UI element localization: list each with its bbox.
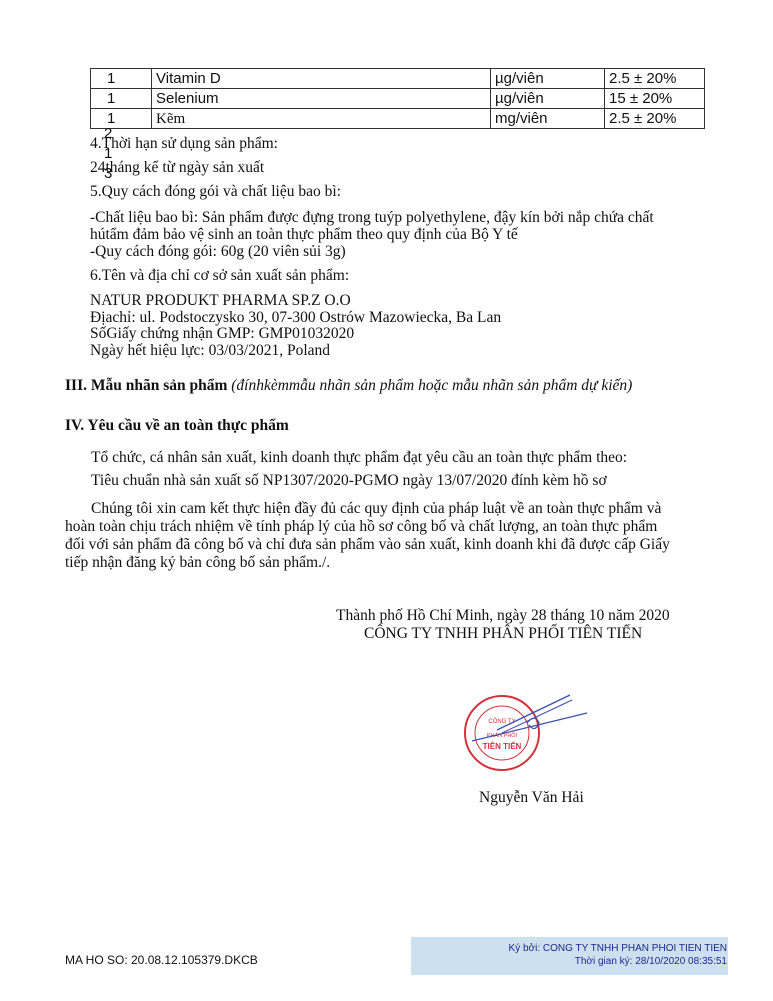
nutrient-name: Vitamin D (152, 69, 491, 89)
row-number: 1 (91, 109, 152, 129)
svg-text:TIÊN TIẾN: TIÊN TIẾN (483, 741, 522, 751)
section5-title: 5.Quy cách đóng gói và chất liệu bao bì: (90, 183, 341, 201)
packaging-material-line2: hútẩm đảm bảo vệ sinh an toàn thực phẩm … (90, 226, 518, 244)
signing-company: CÔNG TY TNHH PHÂN PHỐI TIÊN TIẾN (364, 625, 642, 643)
nutrient-value: 2.5 ± 20% (605, 69, 705, 89)
nutrient-value: 15 ± 20% (605, 89, 705, 109)
table-row: 1 Selenium µg/viên 15 ± 20% (91, 89, 705, 109)
place-date: Thành phố Hồ Chí Minh, ngày 28 tháng 10 … (336, 607, 670, 625)
safety-requirement-line1: Tổ chức, cá nhân sản xuất, kinh doanh th… (91, 449, 627, 467)
gmp-expiry: Ngày hết hiệu lực: 03/03/2021, Poland (90, 342, 330, 360)
commitment-line3: đối với sản phẩm đã công bố và chỉ đưa s… (65, 536, 670, 554)
nutrient-table: 1 Vitamin D µg/viên 2.5 ± 20% 1 Selenium… (90, 68, 705, 129)
nutrient-unit: mg/viên (491, 109, 605, 129)
nutrient-unit: µg/viên (491, 69, 605, 89)
part4-title: IV. Yêu cầu về an toàn thực phẩm (65, 417, 289, 435)
signer-name: Nguyễn Văn Hải (479, 789, 584, 807)
section4-value: 24tháng kể từ ngày sản xuất (90, 159, 264, 177)
nutrient-name: Kẽm (152, 109, 491, 129)
part3-note: (đínhkèmmẫu nhãn sản phẩm hoặc mẫu nhãn … (231, 377, 632, 394)
commitment-line1: Chúng tôi xin cam kết thực hiện đầy đủ c… (91, 500, 661, 518)
part3-heading: III. Mẫu nhãn sản phẩm (đínhkèmmẫu nhãn … (65, 377, 632, 395)
table-row: 1 Vitamin D µg/viên 2.5 ± 20% (91, 69, 705, 89)
signed-by: Ký bởi: CONG TY TNHH PHAN PHOI TIEN TIEN (411, 937, 728, 955)
nutrient-unit: µg/viên (491, 89, 605, 109)
stamp-seal-icon: CÔNG TY PHÂN PHỐI TIÊN TIẾN (462, 675, 602, 795)
section6-title: 6.Tên và địa chỉ cơ sở sản xuất sản phẩm… (90, 267, 349, 285)
gmp-number: SốGiấy chứng nhận GMP: GMP01032020 (90, 325, 354, 343)
signed-time: Thời gian ký: 28/10/2020 08:35:51 (411, 955, 728, 968)
row-number: 1 (91, 69, 152, 89)
file-code: MA HO SO: 20.08.12.105379.DKCB (65, 953, 258, 967)
table-row: 1 Kẽm mg/viên 2.5 ± 20% (91, 109, 705, 129)
digital-signature-box: Ký bởi: CONG TY TNHH PHAN PHOI TIEN TIEN… (411, 937, 728, 975)
packaging-material-line1: -Chất liệu bao bì: Sản phẩm được đựng tr… (90, 209, 654, 227)
row-number: 1 (91, 89, 152, 109)
safety-standard-line: Tiêu chuẩn nhà sản xuất số NP1307/2020-P… (91, 472, 607, 490)
part3-title: III. Mẫu nhãn sản phẩm (65, 377, 227, 394)
manufacturer-name: NATUR PRODUKT PHARMA SP.Z O.O (90, 292, 351, 310)
svg-text:CÔNG TY: CÔNG TY (488, 718, 515, 725)
commitment-line4: tiếp nhận đăng ký bản công bố sản phẩm./… (65, 554, 330, 572)
nutrient-name: Selenium (152, 89, 491, 109)
packing-spec: -Quy cách đóng gói: 60g (20 viên sủi 3g) (90, 243, 346, 261)
section4-title: 4.Thời hạn sử dụng sản phẩm: (90, 135, 278, 153)
company-stamp: CÔNG TY PHÂN PHỐI TIÊN TIẾN (462, 675, 602, 795)
commitment-line2: hoàn toàn chịu trách nhiệm về tính pháp … (65, 518, 657, 536)
nutrient-value: 2.5 ± 20% (605, 109, 705, 129)
